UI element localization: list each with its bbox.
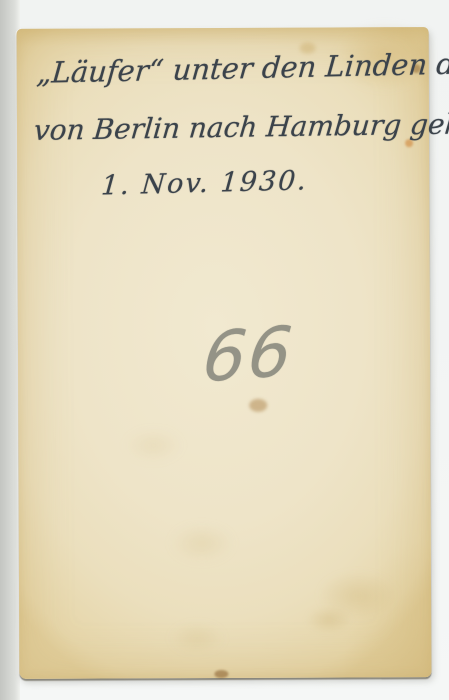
age-stain bbox=[123, 428, 183, 462]
age-stain bbox=[305, 605, 353, 633]
photo-back-card: „Läufer“ unter den Linden der von Berlin… bbox=[17, 27, 432, 679]
handwritten-date-line: 1. Nov. 1930. bbox=[100, 165, 309, 201]
pencil-archive-number: 66 bbox=[199, 312, 297, 399]
handwritten-inscription-line-2: von Berlin nach Hamburg gehen will! bbox=[33, 106, 449, 147]
scanned-photo-back: „Läufer“ unter den Linden der von Berlin… bbox=[0, 0, 449, 700]
age-stain bbox=[214, 670, 228, 678]
age-stain bbox=[169, 523, 235, 563]
age-stain bbox=[317, 570, 399, 620]
age-stain bbox=[249, 399, 267, 412]
age-stain bbox=[169, 623, 225, 653]
handwritten-inscription-line-1: „Läufer“ unter den Linden der bbox=[35, 46, 449, 90]
